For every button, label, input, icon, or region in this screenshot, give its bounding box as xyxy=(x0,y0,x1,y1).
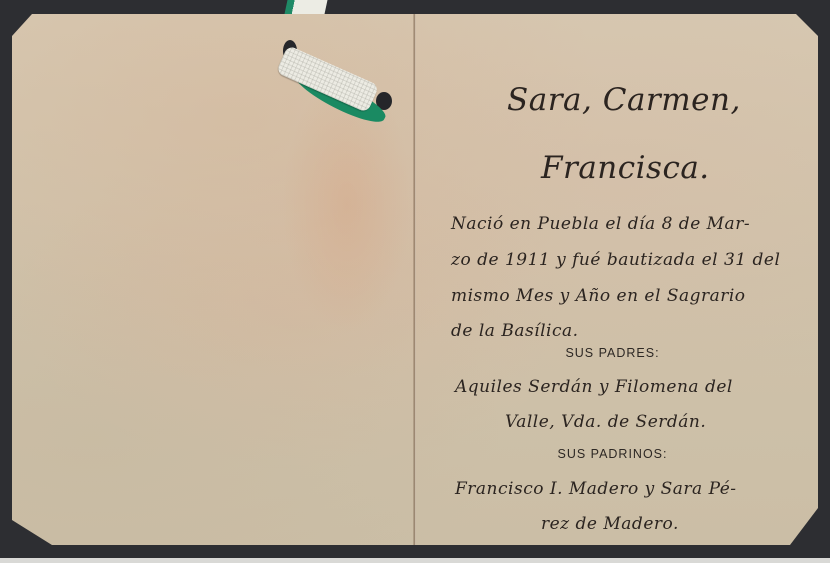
birth-text-line-1: Nació en Puebla el día 8 de Mar- xyxy=(451,214,750,234)
parents-heading: SUS PADRES: xyxy=(407,346,818,360)
godparents-line-1: Francisco I. Madero y Sara Pé- xyxy=(455,479,737,499)
parents-line-2: Valle, Vda. de Serdán. xyxy=(505,412,706,432)
scan-bottom-edge xyxy=(0,558,830,563)
godparents-line-2: rez de Madero. xyxy=(541,514,679,534)
baptism-card: Sara, Carmen, Francisca. Nació en Puebla… xyxy=(12,14,818,545)
ribbon-top-icon xyxy=(285,0,328,14)
birth-text-line-4: de la Basílica. xyxy=(451,321,579,341)
child-names-line-1: Sara, Carmen, xyxy=(507,82,741,118)
godparents-heading: SUS PADRINOS: xyxy=(407,447,818,461)
birth-text-line-2: zo de 1911 y fué bautizada el 31 del xyxy=(451,250,780,270)
parents-line-1: Aquiles Serdán y Filomena del xyxy=(455,377,733,397)
child-names-line-2: Francisca. xyxy=(541,150,710,186)
birth-text-line-3: mismo Mes y Año en el Sagrario xyxy=(451,286,746,306)
right-page: Sara, Carmen, Francisca. Nació en Puebla… xyxy=(415,14,818,545)
